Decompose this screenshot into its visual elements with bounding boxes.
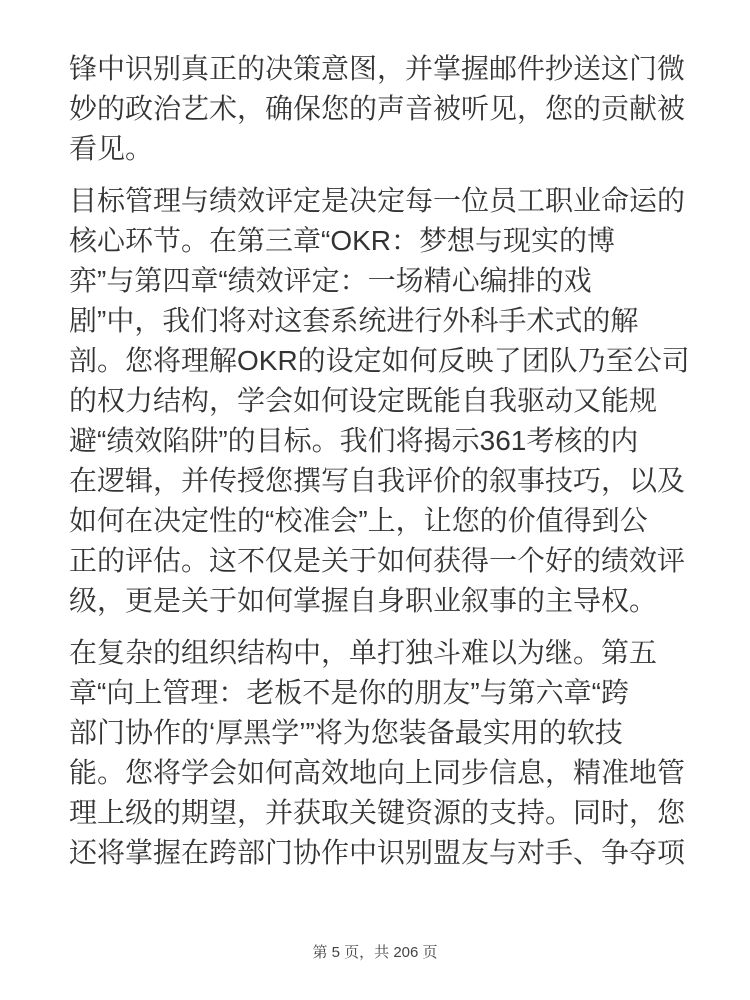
text-line: 在逻辑，并传授您撰写自我评价的叙事技巧，以及	[69, 461, 720, 501]
paragraph-1: 锋中识别真正的决策意图，并掌握邮件抄送这门微 妙的政治艺术，确保您的声音被听见，…	[69, 49, 720, 169]
text-line: 核心环节。在第三章“OKR：梦想与现实的博	[69, 221, 720, 261]
text-line: 还将掌握在跨部门协作中识别盟友与对手、争夺项	[69, 833, 720, 873]
text-line: 看见。	[69, 129, 720, 169]
text-line: 部门协作的‘厚黑学’”将为您装备最实用的软技	[69, 713, 720, 753]
page-content: 锋中识别真正的决策意图，并掌握邮件抄送这门微 妙的政治艺术，确保您的声音被听见，…	[69, 49, 720, 873]
text-line: 目标管理与绩效评定是决定每一位员工职业命运的	[69, 181, 720, 221]
text-line: 弈”与第四章“绩效评定：一场精心编排的戏	[69, 261, 720, 301]
text-line: 章“向上管理：老板不是你的朋友”与第六章“跨	[69, 673, 720, 713]
text-line: 如何在决定性的“校准会”上，让您的价值得到公	[69, 501, 720, 541]
text-line: 剧”中，我们将对这套系统进行外科手术式的解	[69, 301, 720, 341]
paragraph-3: 在复杂的组织结构中，单打独斗难以为继。第五 章“向上管理：老板不是你的朋友”与第…	[69, 633, 720, 873]
text-line: 级，更是关于如何掌握自身职业叙事的主导权。	[69, 581, 720, 621]
text-line: 理上级的期望，并获取关键资源的支持。同时，您	[69, 793, 720, 833]
text-line: 在复杂的组织结构中，单打独斗难以为继。第五	[69, 633, 720, 673]
text-line: 妙的政治艺术，确保您的声音被听见，您的贡献被	[69, 89, 720, 129]
text-line: 正的评估。这不仅是关于如何获得一个好的绩效评	[69, 541, 720, 581]
text-line: 的权力结构，学会如何设定既能自我驱动又能规	[69, 381, 720, 421]
text-line: 能。您将学会如何高效地向上同步信息，精准地管	[69, 753, 720, 793]
text-line: 锋中识别真正的决策意图，并掌握邮件抄送这门微	[69, 49, 720, 89]
document-page: 锋中识别真正的决策意图，并掌握邮件抄送这门微 妙的政治艺术，确保您的声音被听见，…	[0, 0, 750, 1000]
text-line: 避“绩效陷阱”的目标。我们将揭示361考核的内	[69, 421, 720, 461]
paragraph-2: 目标管理与绩效评定是决定每一位员工职业命运的 核心环节。在第三章“OKR：梦想与…	[69, 181, 720, 621]
text-line: 剖。您将理解OKR的设定如何反映了团队乃至公司	[69, 341, 720, 381]
page-number: 第 5 页，共 206 页	[0, 941, 750, 962]
